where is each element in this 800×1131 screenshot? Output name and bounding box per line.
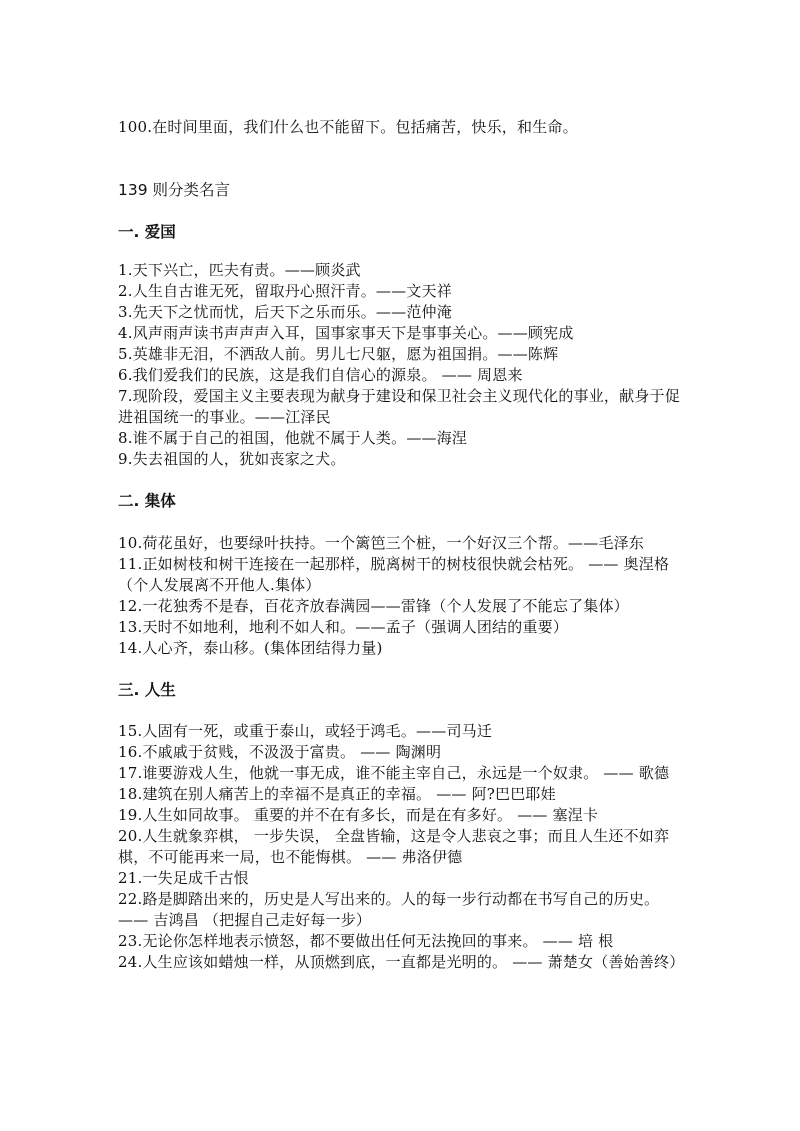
quote-item: 1.天下兴亡，匹夫有责。——顾炎武 <box>118 260 688 281</box>
intro-quote: 100.在时间里面，我们什么也不能留下。包括痛苦，快乐，和生命。 <box>118 117 688 138</box>
quote-item: 19.人生如同故事。 重要的并不在有多长，而是在有多好。 —— 塞涅卡 <box>118 805 688 826</box>
section-heading-patriotism: 一. 爱国 <box>118 222 688 243</box>
quote-item: 15.人固有一死，或重于泰山，或轻于鸿毛。——司马迁 <box>118 721 688 742</box>
quote-item: 3.先天下之忧而忧，后天下之乐而乐。——范仲淹 <box>118 302 688 323</box>
quote-item: 4.风声雨声读书声声声入耳，国事家事天下是事事关心。——顾宪成 <box>118 323 688 344</box>
quote-item: 22.路是脚踏出来的，历史是人写出来的。人的每一步行动都在书写自己的历史。 ——… <box>118 889 688 931</box>
quote-item: 24.人生应该如蜡烛一样，从顶燃到底，一直都是光明的。 —— 萧楚女（善始善终） <box>118 952 688 973</box>
quote-item: 16.不戚戚于贫贱，不汲汲于富贵。 —— 陶渊明 <box>118 742 688 763</box>
quote-item: 6.我们爱我们的民族，这是我们自信心的源泉。 —— 周恩来 <box>118 365 688 386</box>
section-list-collective: 10.荷花虽好，也要绿叶扶持。一个篱笆三个桩，一个好汉三个帮。——毛泽东 11.… <box>118 533 688 659</box>
quote-item: 17.谁要游戏人生，他就一事无成，谁不能主宰自己，永远是一个奴隶。 —— 歌德 <box>118 763 688 784</box>
section-heading-collective: 二. 集体 <box>118 491 688 512</box>
quote-item: 13.天时不如地利，地利不如人和。——孟子（强调人团结的重要） <box>118 617 688 638</box>
quote-item: 12.一花独秀不是春，百花齐放春满园——雷锋（个人发展了不能忘了集体） <box>118 596 688 617</box>
quote-item: 23.无论你怎样地表示愤怒，都不要做出任何无法挽回的事来。 —— 培 根 <box>118 931 688 952</box>
section-list-patriotism: 1.天下兴亡，匹夫有责。——顾炎武 2.人生自古谁无死，留取丹心照汗青。——文天… <box>118 260 688 470</box>
section-heading-life: 三. 人生 <box>118 680 688 701</box>
quote-item: 9.失去祖国的人，犹如丧家之犬。 <box>118 449 688 470</box>
quote-item: 7.现阶段，爱国主义主要表现为献身于建设和保卫社会主义现代化的事业，献身于促进祖… <box>118 386 688 428</box>
quote-item: 5.英雄非无泪，不洒敌人前。男儿七尺躯，愿为祖国捐。——陈辉 <box>118 344 688 365</box>
section-list-life: 15.人固有一死，或重于泰山，或轻于鸿毛。——司马迁 16.不戚戚于贫贱，不汲汲… <box>118 721 688 973</box>
quote-item: 11.正如树枝和树干连接在一起那样，脱离树干的树枝很快就会枯死。 —— 奥涅格 … <box>118 554 688 596</box>
quote-item: 10.荷花虽好，也要绿叶扶持。一个篱笆三个桩，一个好汉三个帮。——毛泽东 <box>118 533 688 554</box>
quote-item: 14.人心齐，泰山移。(集体团结得力量) <box>118 638 688 659</box>
quote-item: 21.一失足成千古恨 <box>118 868 688 889</box>
quote-item: 2.人生自古谁无死，留取丹心照汗青。——文天祥 <box>118 281 688 302</box>
document-title: 139 则分类名言 <box>118 180 688 201</box>
quote-item: 18.建筑在别人痛苦上的幸福不是真正的幸福。 —— 阿?巴巴耶娃 <box>118 784 688 805</box>
quote-item: 20.人生就象弈棋， 一步失误， 全盘皆输，这是令人悲哀之事；而且人生还不如弈棋… <box>118 826 688 868</box>
quote-item: 8.谁不属于自己的祖国，他就不属于人类。——海涅 <box>118 428 688 449</box>
